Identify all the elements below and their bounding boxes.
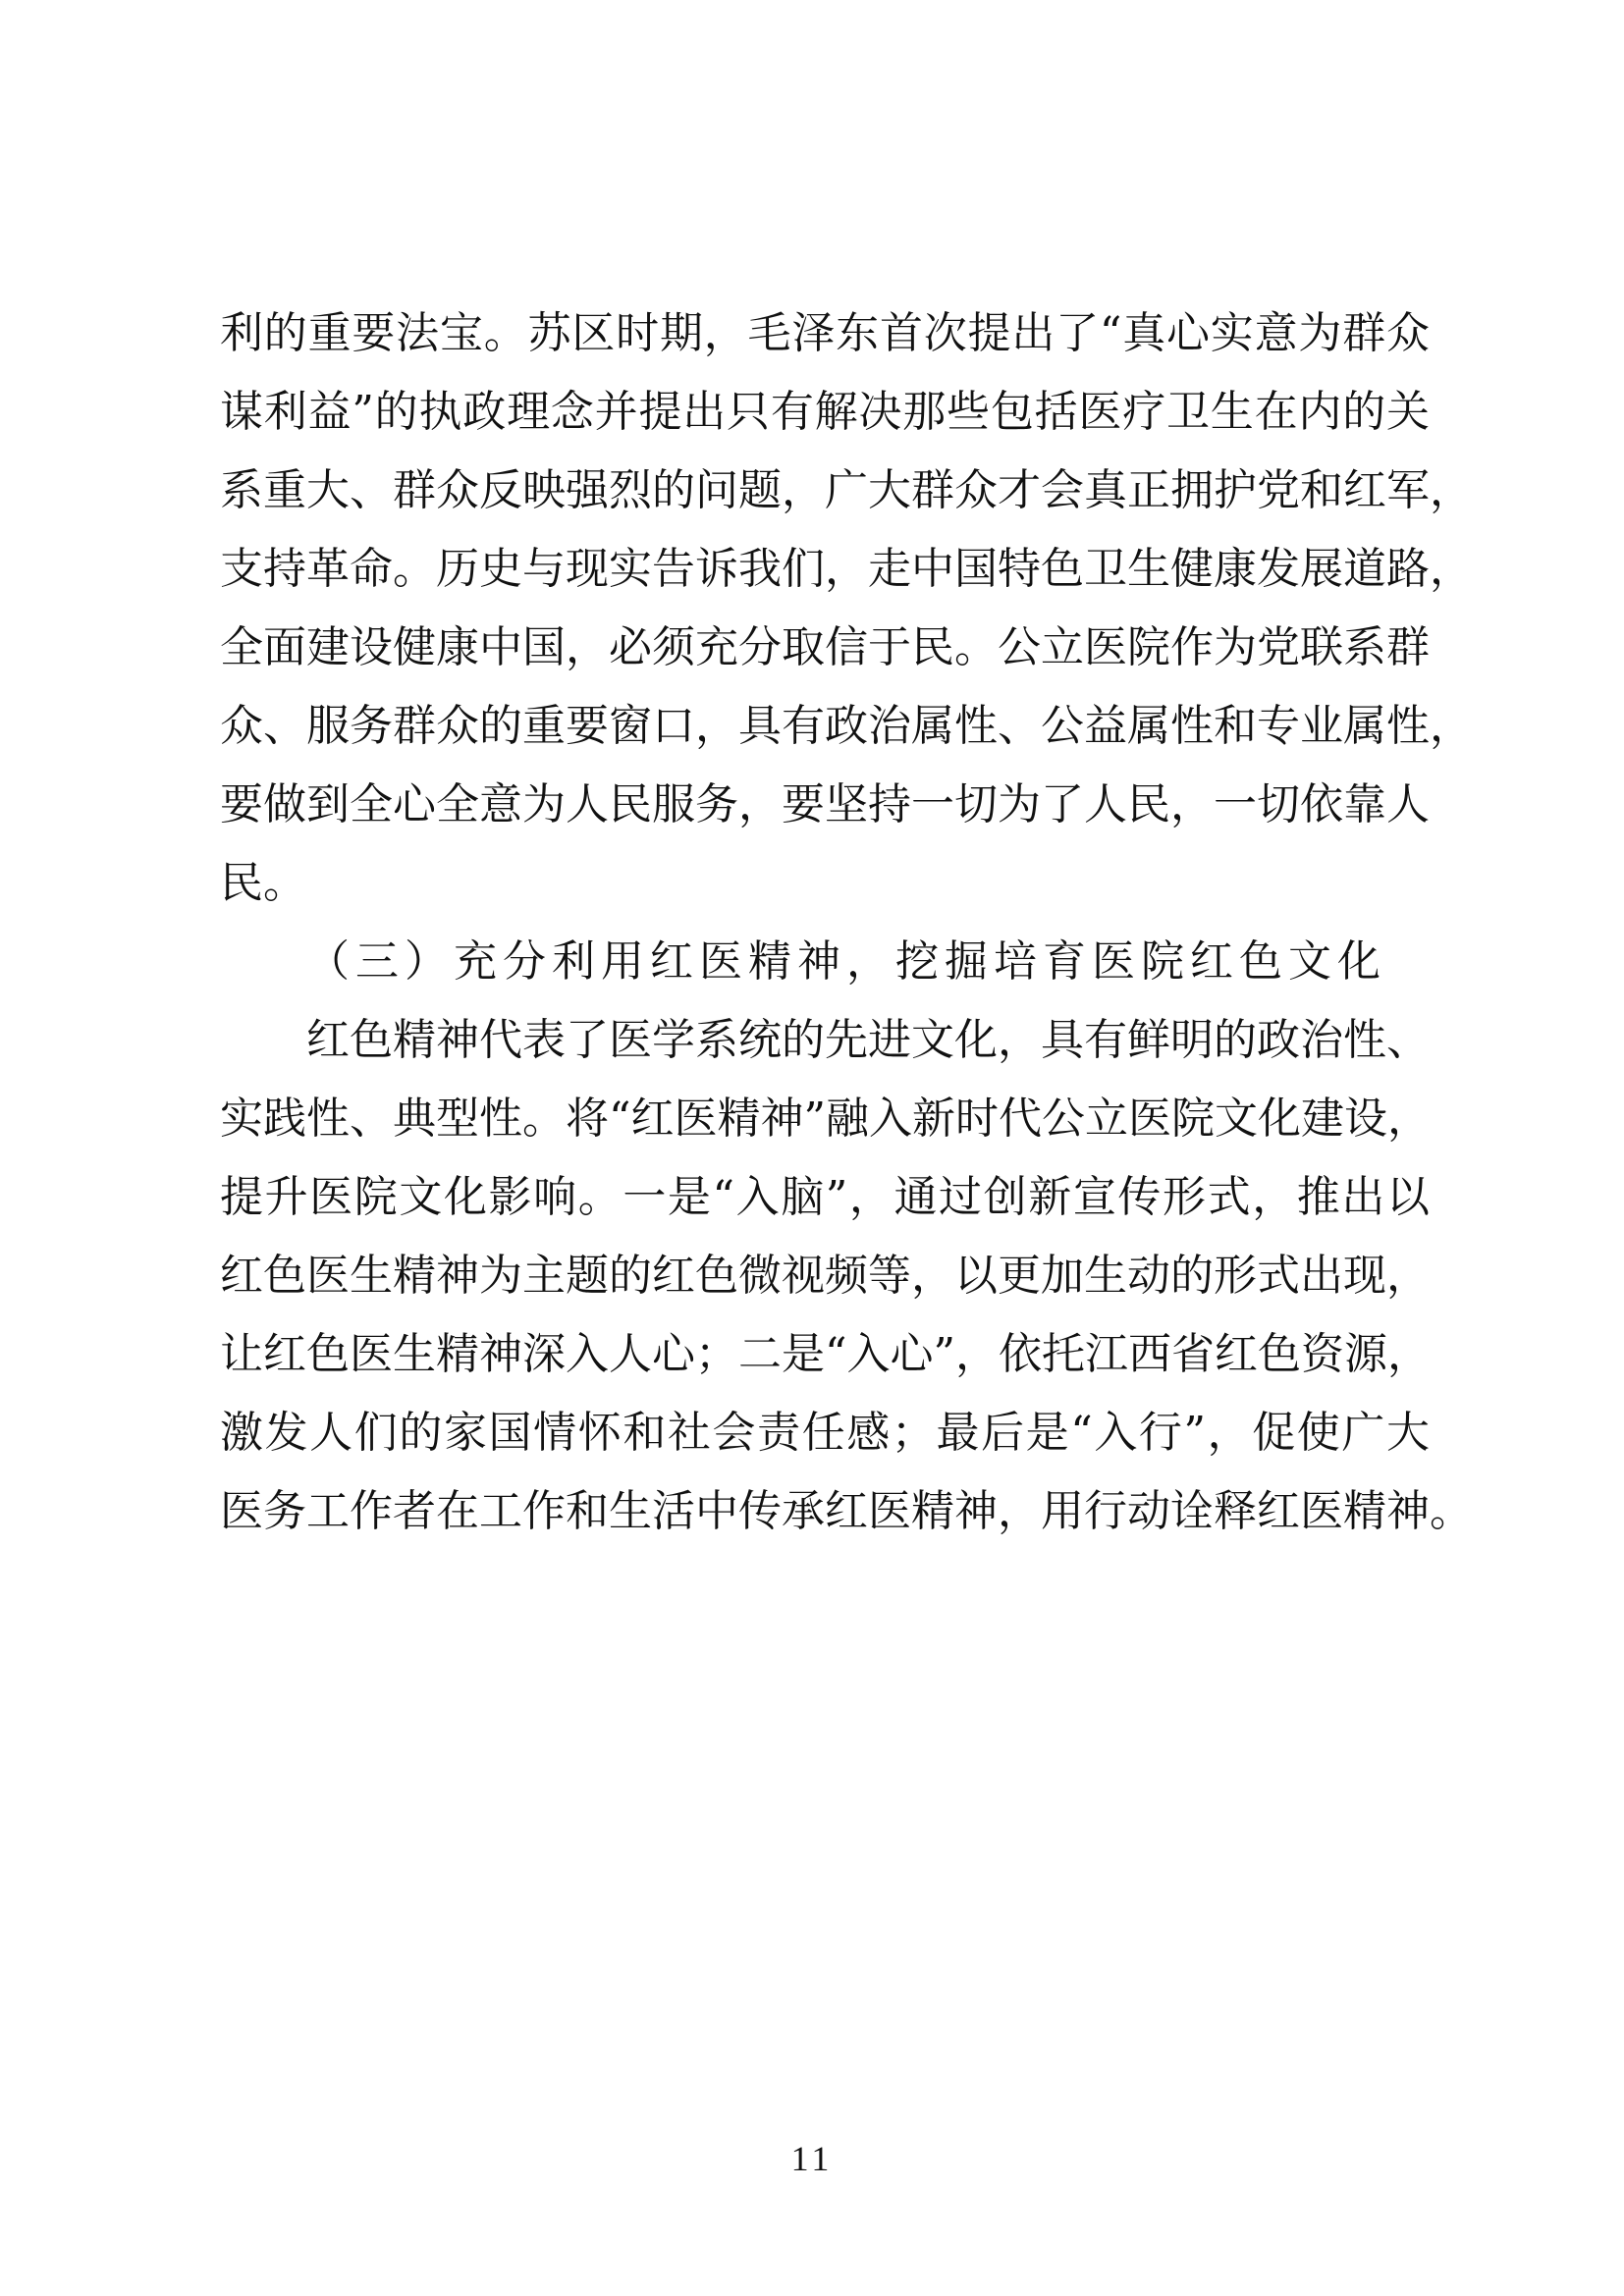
- text-line: 医务工作者在工作和生活中传承红医精神，用行动诠释红医精神。: [220, 1472, 1430, 1551]
- text-line: 红色精神代表了医学系统的先进文化，具有鲜明的政治性、: [306, 1001, 1430, 1080]
- text-line: 红色医生精神为主题的红色微视频等，以更加生动的形式出现，: [220, 1237, 1430, 1315]
- text-line: 利的重要法宝。苏区时期，毛泽东首次提出了“真心实意为群众: [220, 294, 1430, 373]
- text-line: 全面建设健康中国，必须充分取信于民。公立医院作为党联系群: [220, 609, 1430, 687]
- document-page: 利的重要法宝。苏区时期，毛泽东首次提出了“真心实意为群众 谋利益”的执政理念并提…: [0, 0, 1624, 2296]
- text-line: 让红色医生精神深入人心；二是“入心”，依托江西省红色资源，: [220, 1315, 1430, 1394]
- section-heading: （三）充分利用红医精神，挖掘培育医院红色文化: [306, 923, 1386, 1001]
- text-line: 支持革命。历史与现实告诉我们，走中国特色卫生健康发展道路，: [220, 530, 1430, 609]
- text-line: 激发人们的家国情怀和社会责任感；最后是“入行”，促使广大: [220, 1394, 1430, 1472]
- text-line: 民。: [220, 844, 1430, 923]
- page-number: 11: [0, 2138, 1624, 2179]
- text-line: 谋利益”的执政理念并提出只有解决那些包括医疗卫生在内的关: [220, 373, 1430, 452]
- text-line: 系重大、群众反映强烈的问题，广大群众才会真正拥护党和红军，: [220, 452, 1430, 530]
- text-line: 实践性、典型性。将“红医精神”融入新时代公立医院文化建设，: [220, 1080, 1430, 1158]
- text-line: 提升医院文化影响。一是“入脑”，通过创新宣传形式，推出以: [220, 1158, 1430, 1237]
- text-line: 要做到全心全意为人民服务，要坚持一切为了人民，一切依靠人: [220, 766, 1430, 844]
- text-line: 众、服务群众的重要窗口，具有政治属性、公益属性和专业属性，: [220, 687, 1430, 766]
